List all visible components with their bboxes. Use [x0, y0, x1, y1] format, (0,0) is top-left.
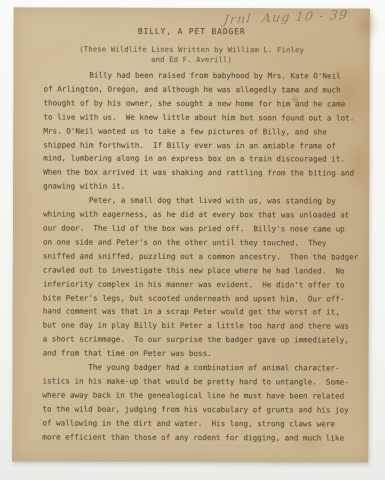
paragraph-1: Billy had been raised from babyhood by M… [43, 68, 365, 194]
byline-line-2: and Ed F. Averill) [14, 54, 370, 65]
scanned-document: Jrnl Aug 10 - 39 BILLY, A PET BADGER (Th… [0, 0, 385, 480]
document-byline: (These Wildlife Lines Written by William… [14, 44, 370, 64]
paper-stain [350, 5, 384, 47]
typewritten-page: Jrnl Aug 10 - 39 BILLY, A PET BADGER (Th… [12, 7, 370, 462]
paragraph-3: The young badger had a combination of an… [42, 361, 364, 446]
document-title: BILLY, A PET BADGER [14, 26, 370, 36]
handwritten-date-annotation: Jrnl Aug 10 - 39 [222, 7, 348, 27]
document-body: Billy had been raised from babyhood by M… [42, 68, 365, 445]
paragraph-2: Peter, a small dog that lived with us, w… [43, 194, 366, 362]
